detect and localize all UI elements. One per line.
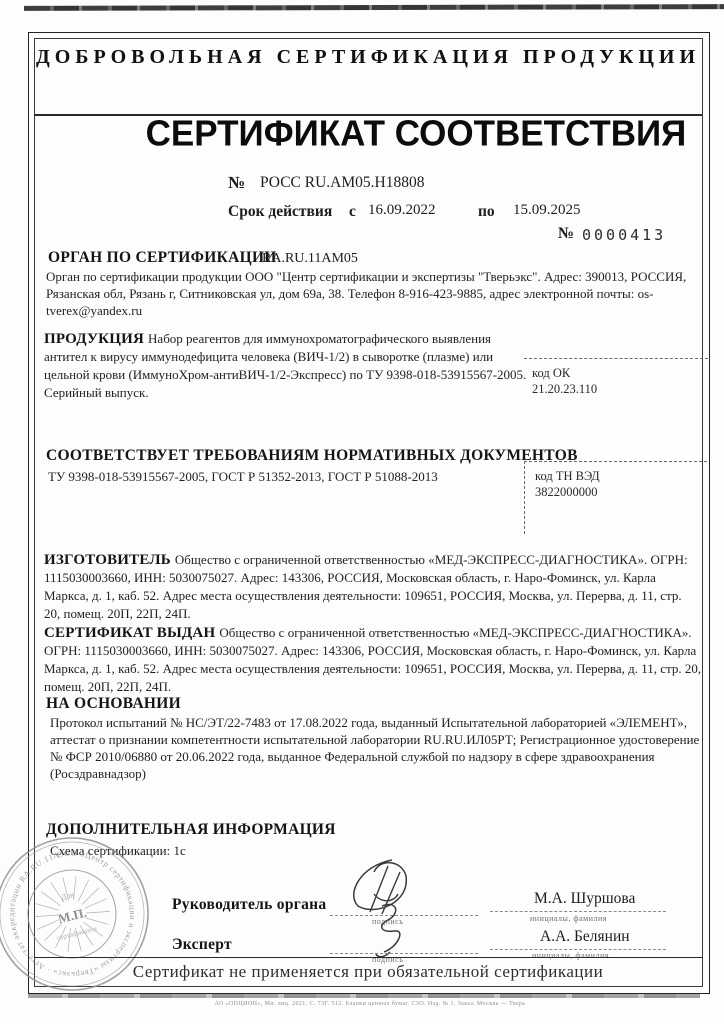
notice-separator-line xyxy=(34,957,702,958)
issued-to-section: СЕРТИФИКАТ ВЫДАН Общество с ограниченной… xyxy=(44,624,702,696)
validity-label: Срок действия xyxy=(228,203,332,221)
ok-code-label: код ОК xyxy=(532,365,708,381)
conformity-body: ТУ 9398-018-53915567-2005, ГОСТ Р 51352-… xyxy=(48,468,518,485)
expert-name-line xyxy=(490,939,666,950)
org-code: RA.RU.11AM05 xyxy=(262,251,358,267)
head-role-label: Руководитель органа xyxy=(172,896,326,914)
conformity-heading: СООТВЕТСТВУЕТ ТРЕБОВАНИЯМ НОРМАТИВНЫХ ДО… xyxy=(46,447,578,465)
document-type-banner: ДОБРОВОЛЬНАЯ СЕРТИФИКАЦИЯ ПРОДУКЦИИ xyxy=(34,46,702,69)
ok-code-box: код ОК 21.20.23.110 xyxy=(524,358,708,398)
number-sign: № xyxy=(228,173,245,193)
certificate-page: ДОБРОВОЛЬНАЯ СЕРТИФИКАЦИЯ ПРОДУКЦИИ СЕРТ… xyxy=(0,0,724,1024)
blank-number: 0000413 xyxy=(582,226,666,244)
validity-to-label: по xyxy=(478,203,495,221)
org-body: Орган по сертификации продукции ООО "Цен… xyxy=(46,268,694,319)
manufacturer-heading: ИЗГОТОВИТЕЛЬ xyxy=(44,552,171,568)
expert-role-label: Эксперт xyxy=(172,936,232,954)
scan-artifact-top xyxy=(24,4,724,11)
printer-fine-print: АО «ОПЦИОН», Мн. лиц. 2021. С. 73Г. 512.… xyxy=(130,1001,610,1007)
issued-to-heading: СЕРТИФИКАТ ВЫДАН xyxy=(44,625,215,641)
head-name-caption: инициалы, фамилия xyxy=(530,914,607,923)
head-name-line xyxy=(490,901,666,912)
manufacturer-section: ИЗГОТОВИТЕЛЬ Общество с ограниченной отв… xyxy=(44,551,698,623)
stamp-center-line1: Для xyxy=(60,890,75,902)
expert-name-caption: инициалы, фамилия xyxy=(532,951,609,960)
validity-from-label: с xyxy=(349,203,356,221)
org-heading: ОРГАН ПО СЕРТИФИКАЦИИ xyxy=(48,249,277,267)
stamp-center-line2: сертификатов xyxy=(56,924,98,942)
product-section: ПРОДУКЦИЯ Набор реагентов для иммунохром… xyxy=(44,330,530,402)
basis-body: Протокол испытаний № НС/ЭТ/22-7483 от 17… xyxy=(50,714,700,783)
page-title: СЕРТИФИКАТ СООТВЕТСТВИЯ xyxy=(34,113,702,155)
validity-from-date: 16.09.2022 xyxy=(368,202,436,219)
mandatory-certification-notice: Сертификат не применяется при обязательн… xyxy=(34,962,702,982)
stamp-mp-mark: М.П. xyxy=(57,905,89,927)
ok-code-value: 21.20.23.110 xyxy=(532,381,708,397)
scan-artifact-bottom xyxy=(28,994,700,998)
tnved-code-label: код ТН ВЭД xyxy=(535,468,707,484)
blank-number-sign: № xyxy=(558,225,574,243)
product-heading: ПРОДУКЦИЯ xyxy=(44,331,144,347)
certificate-number: РОСС RU.AM05.H18808 xyxy=(260,174,424,192)
tnved-code-value: 3822000000 xyxy=(535,484,707,500)
tnved-code-box: код ТН ВЭД 3822000000 xyxy=(524,461,707,534)
basis-heading: НА ОСНОВАНИИ xyxy=(46,695,181,713)
validity-to-date: 15.09.2025 xyxy=(513,202,581,219)
expert-signature-line xyxy=(330,943,478,954)
